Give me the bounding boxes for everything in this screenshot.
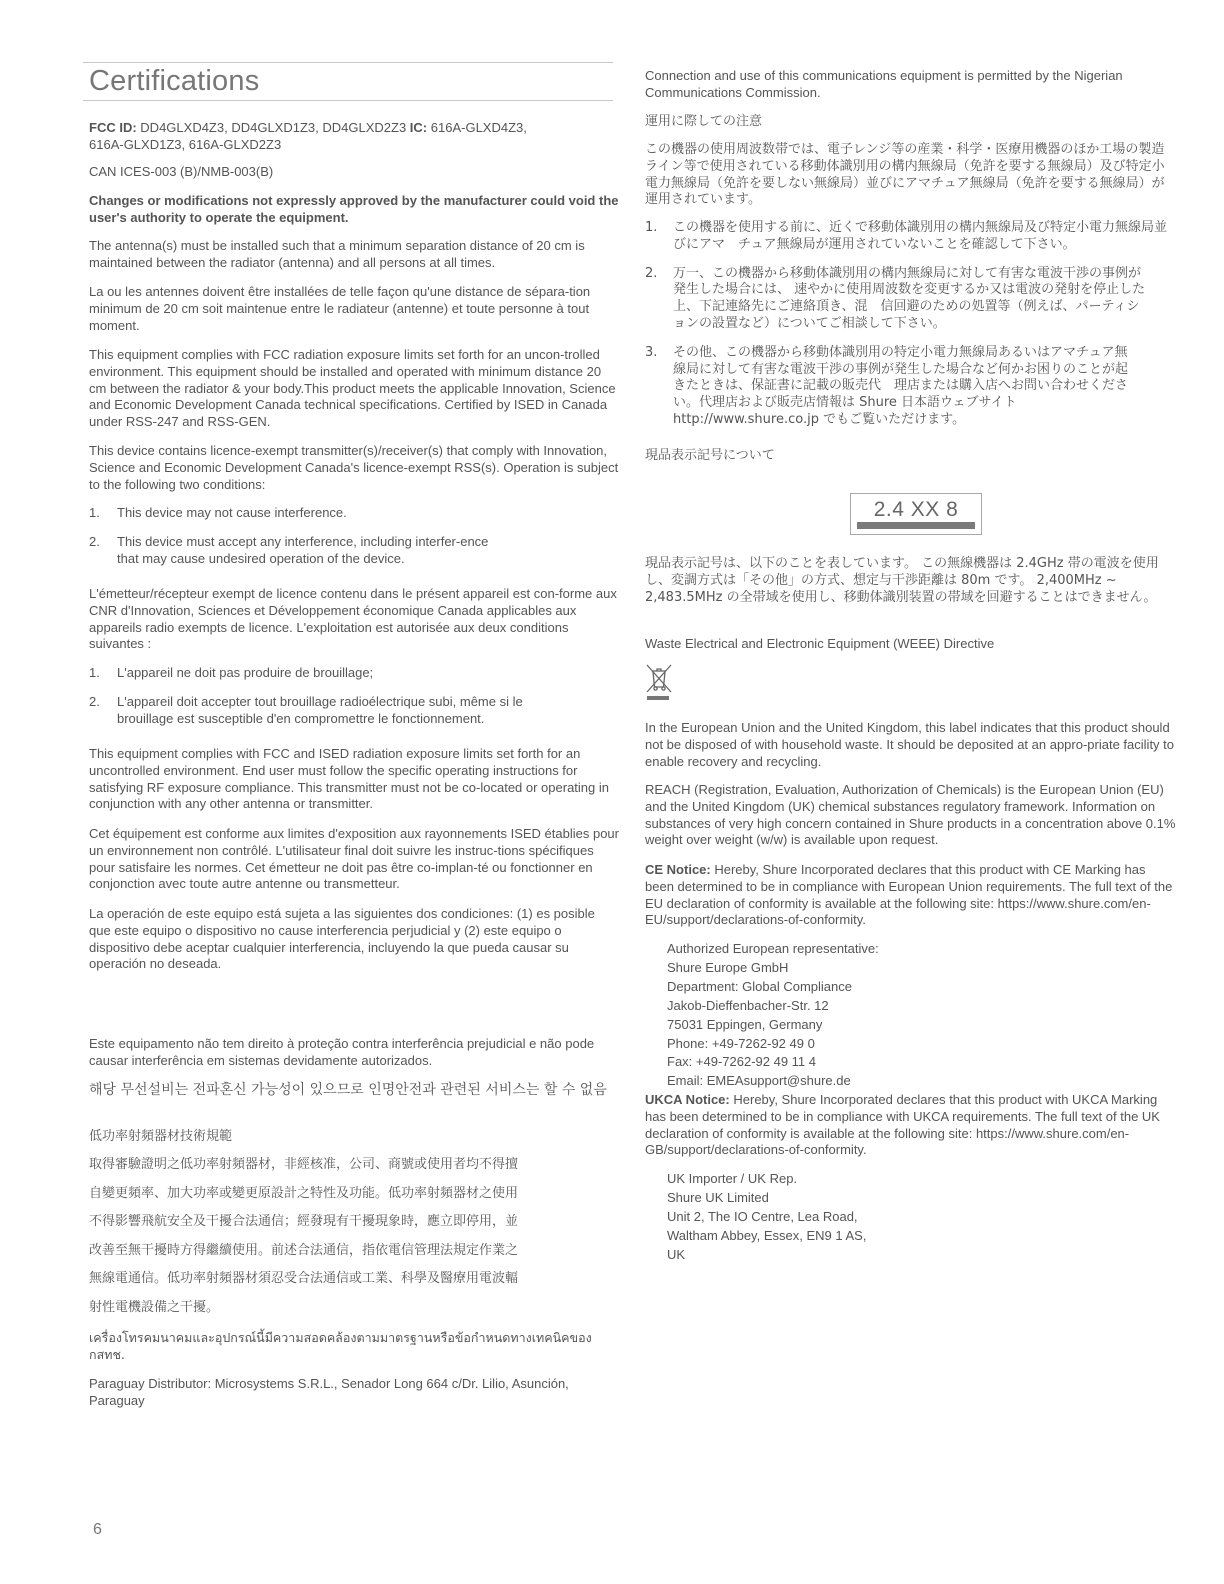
list-item: 2. L'appareil doit accepter tout brouill… bbox=[89, 694, 619, 728]
weee-crossed-bin-icon bbox=[645, 662, 673, 704]
ic-label: IC: bbox=[410, 120, 427, 135]
uk-representative-address: UK Importer / UK Rep. Shure UK Limited U… bbox=[667, 1170, 1199, 1265]
fcc-ic-ids: FCC ID: DD4GLXD4Z3, DD4GLXD1Z3, DD4GLXD2… bbox=[89, 120, 619, 154]
eu-representative-address: Authorized European representative: Shur… bbox=[667, 940, 1199, 1091]
antenna-statement-fr: La ou les antennes doivent être installé… bbox=[89, 284, 619, 334]
ices-statement: CAN ICES-003 (B)/NMB-003(B) bbox=[89, 164, 619, 181]
japan-intro: この機器の使用周波数帯では、電子レンジ等の産業・科学・医療用機器のほか工場の製造… bbox=[645, 142, 1177, 209]
conditions-en-list: 1. This device may not cause interferenc… bbox=[89, 505, 619, 567]
weee-statement: In the European Union and the United Kin… bbox=[645, 720, 1177, 770]
ukca-notice-label: UKCA Notice: bbox=[645, 1092, 730, 1107]
ce-notice-label: CE Notice: bbox=[645, 862, 711, 877]
giteki-label-text: 2.4 XX 8 bbox=[851, 498, 981, 522]
portuguese-statement: Este equipamento não tem direito à prote… bbox=[89, 1036, 619, 1070]
fcc-id-label: FCC ID: bbox=[89, 120, 137, 135]
label-heading: 現品表示記号について bbox=[645, 448, 1177, 465]
list-item: 1. この機器を使用する前に、近くで移動体識別用の構内無線局及び特定小電力無線局… bbox=[645, 220, 1177, 254]
page-number: 6 bbox=[93, 1521, 102, 1539]
nigeria-statement: Connection and use of this communication… bbox=[645, 68, 1177, 102]
list-item: 2. This device must accept any interfere… bbox=[89, 534, 619, 568]
ic-values-line2: 616A-GLXD1Z3, 616A-GLXD2Z3 bbox=[89, 137, 281, 152]
korean-statement: 해당 무선설비는 전파혼신 가능성이 있으므로 인명안전과 관련된 서비스는 할… bbox=[89, 1082, 619, 1099]
thai-statement: เครื่องโทรคมนาคมและอุปกรณ์นี้มีความสอดคล… bbox=[89, 1330, 619, 1364]
ic-values-line1: 616A-GLXD4Z3, bbox=[431, 120, 527, 135]
list-item: 3. その他、この機器から移動体識別用の特定小電力無線局あるいはアマチュア無線局… bbox=[645, 345, 1177, 429]
page-title: Certifications bbox=[89, 62, 259, 100]
licence-exempt-fr: L'émetteur/récepteur exempt de licence c… bbox=[89, 586, 619, 653]
conditions-fr-list: 1. L'appareil ne doit pas produire de br… bbox=[89, 665, 619, 727]
ce-notice-text: Hereby, Shure Incorporated declares that… bbox=[645, 862, 1172, 927]
ce-notice: CE Notice: Hereby, Shure Incorporated de… bbox=[645, 862, 1177, 929]
ukca-notice: UKCA Notice: Hereby, Shure Incorporated … bbox=[645, 1092, 1177, 1159]
taiwan-statement: 取得審驗證明之低功率射頻器材，非經核准，公司、商號或使用者均不得擅 自變更頻率、… bbox=[89, 1151, 619, 1322]
giteki-label: 2.4 XX 8 bbox=[850, 493, 982, 535]
giteki-label-bar bbox=[857, 522, 975, 529]
fcc-exposure-statement: This equipment complies with FCC radiati… bbox=[89, 347, 619, 431]
spanish-statement: La operación de este equipo está sujeta … bbox=[89, 906, 619, 973]
ised-exposure-fr: Cet équipement est conforme aux limites … bbox=[89, 826, 619, 893]
title-rule-bottom bbox=[83, 100, 613, 101]
japan-notes-list: 1. この機器を使用する前に、近くで移動体識別用の構内無線局及び特定小電力無線局… bbox=[645, 220, 1177, 429]
weee-heading: Waste Electrical and Electronic Equipmen… bbox=[645, 636, 1177, 653]
list-item: 1. This device may not cause interferenc… bbox=[89, 505, 619, 522]
japan-heading: 運用に際しての注意 bbox=[645, 114, 1177, 131]
fcc-id-values: DD4GLXD4Z3, DD4GLXD1Z3, DD4GLXD2Z3 bbox=[140, 120, 406, 135]
taiwan-heading: 低功率射頻器材技術規範 bbox=[89, 1129, 619, 1146]
reach-statement: REACH (Registration, Evaluation, Authori… bbox=[645, 782, 1177, 849]
list-item: 2. 万一、この機器から移動体識別用の構内無線局に対して有害な電波干渉の事例が発… bbox=[645, 266, 1177, 333]
antenna-statement-en: The antenna(s) must be installed such th… bbox=[89, 238, 619, 272]
label-description: 現品表示記号は、以下のことを表しています。 この無線機器は 2.4GHz 帯の電… bbox=[645, 556, 1177, 606]
list-item: 1. L'appareil ne doit pas produire de br… bbox=[89, 665, 619, 682]
paraguay-distributor: Paraguay Distributor: Microsystems S.R.L… bbox=[89, 1376, 619, 1410]
fcc-ised-exposure: This equipment complies with FCC and ISE… bbox=[89, 746, 619, 813]
licence-exempt-en: This device contains licence-exempt tran… bbox=[89, 443, 619, 493]
changes-warning: Changes or modifications not expressly a… bbox=[89, 193, 619, 227]
